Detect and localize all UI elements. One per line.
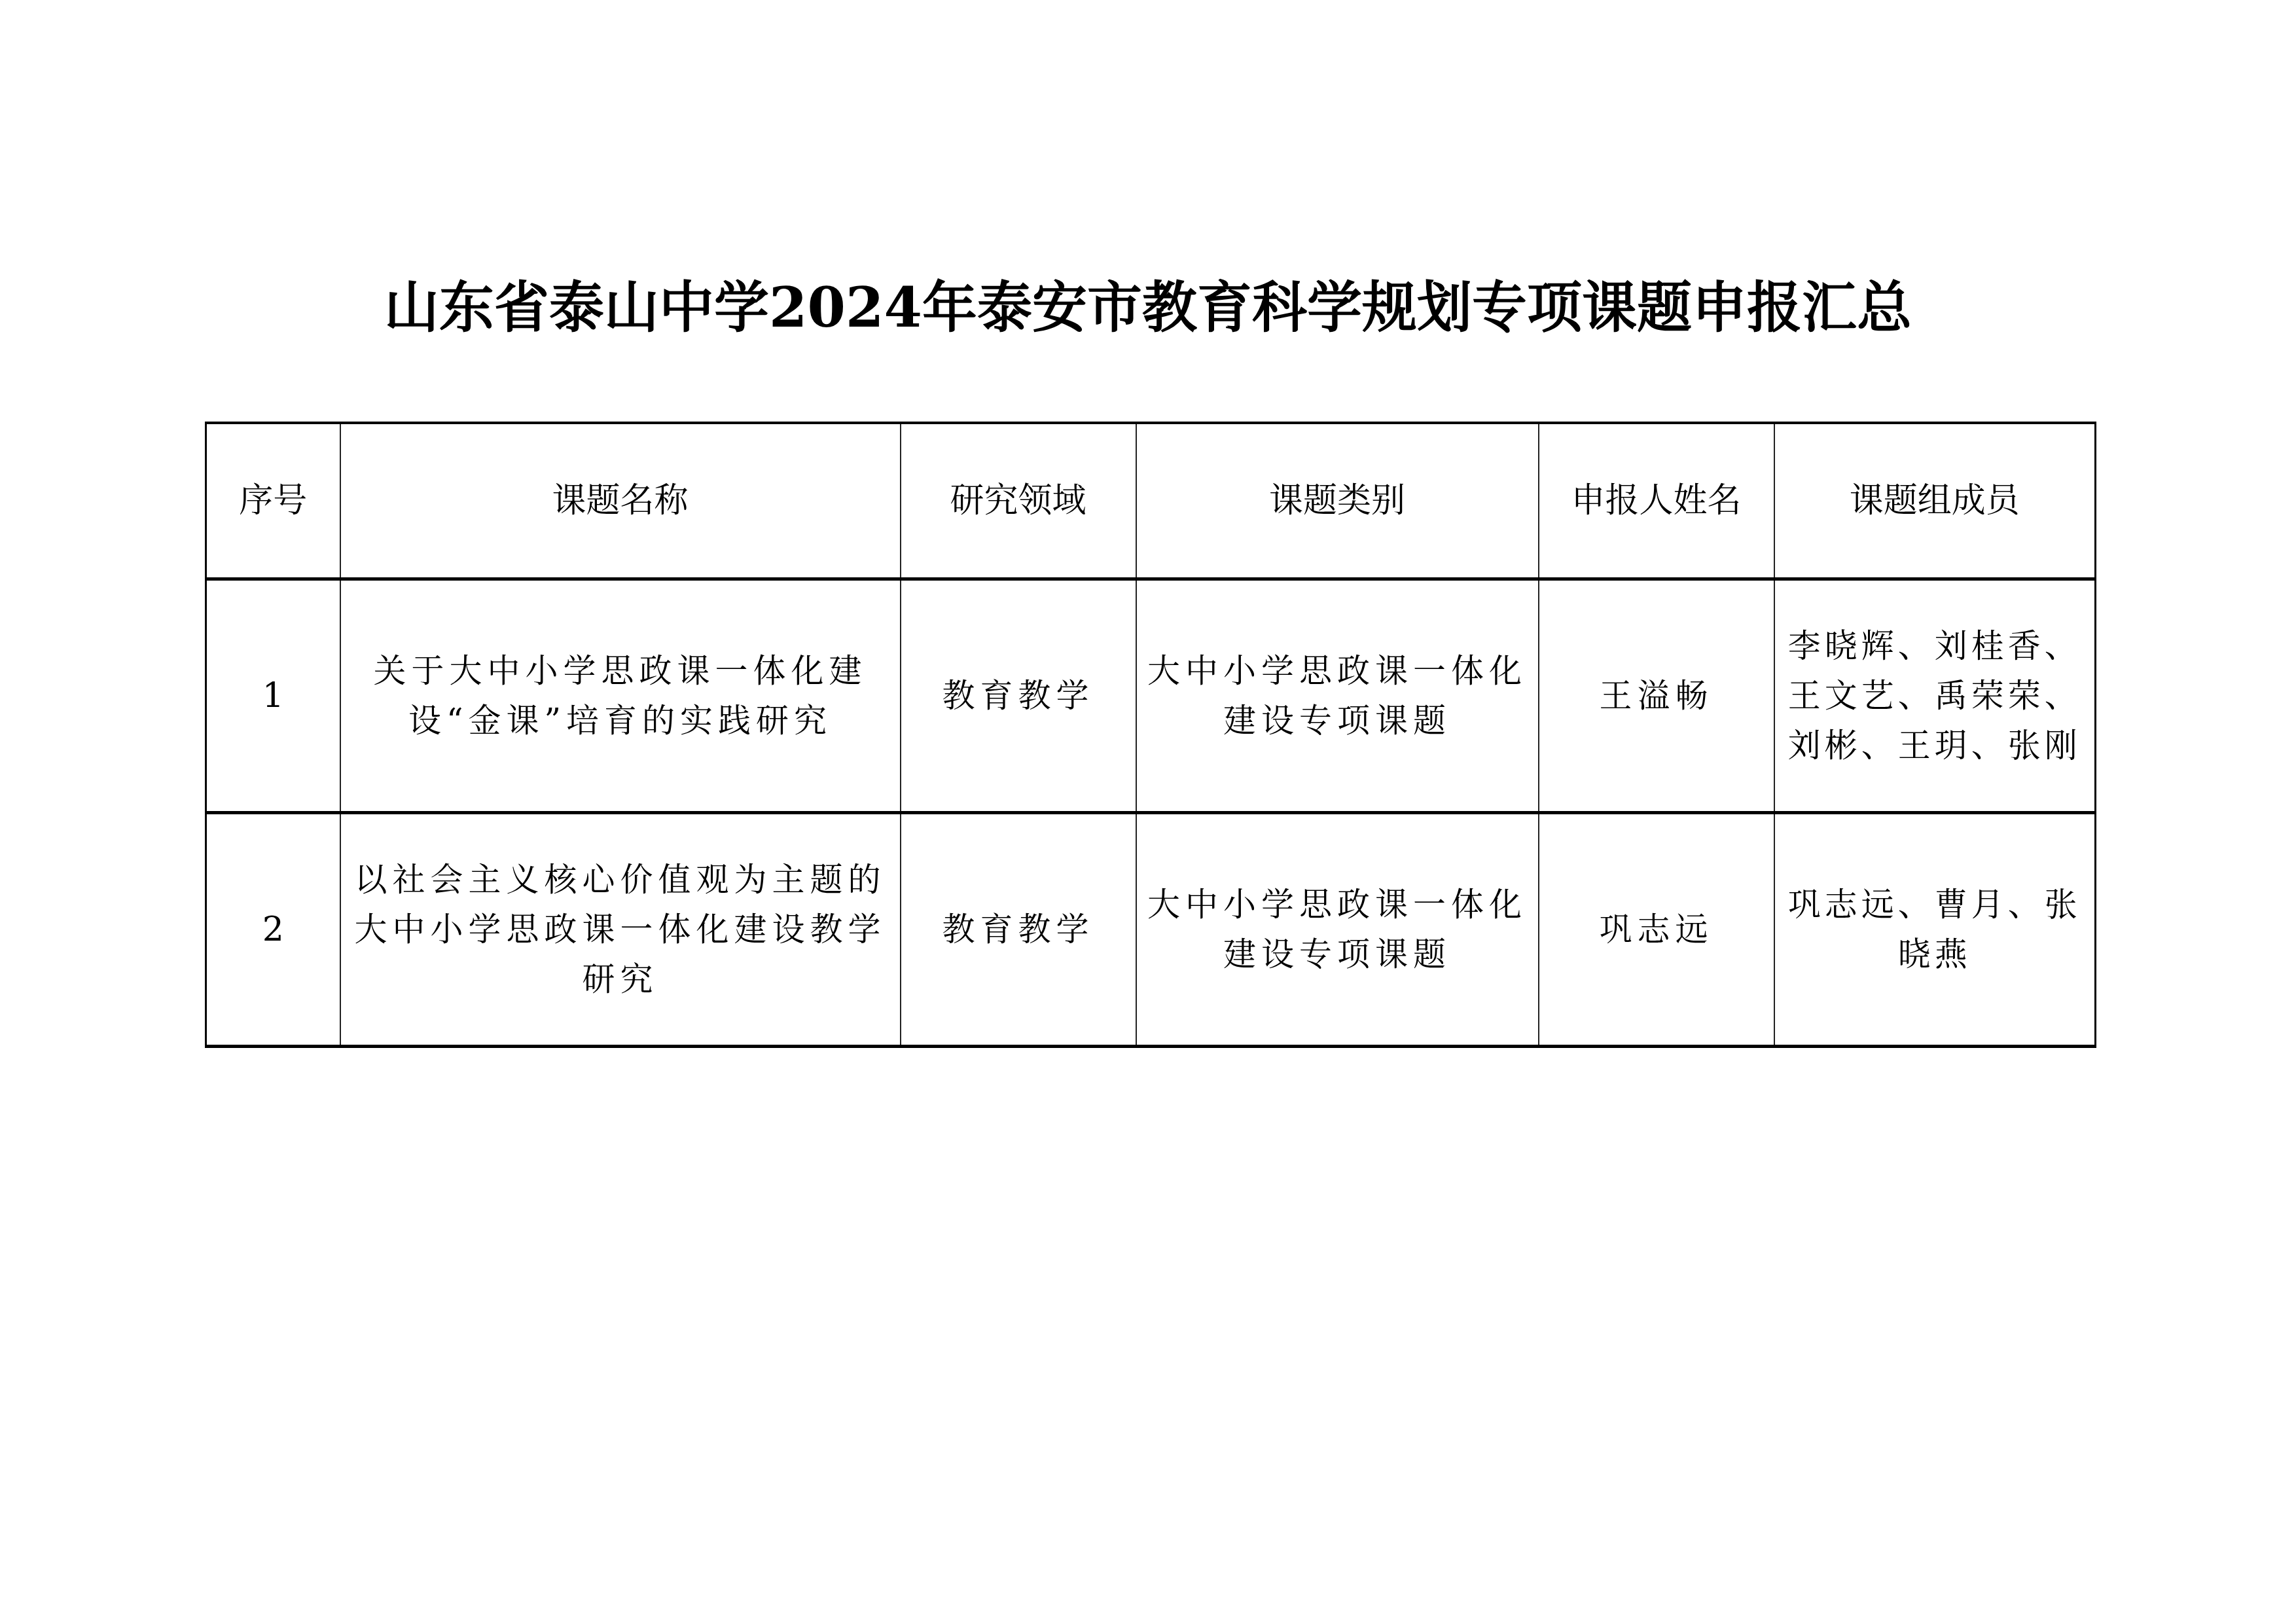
cell-members: 巩志远、曹月、张晓燕 [1774,813,2096,1047]
header-category: 课题类别 [1136,423,1539,579]
cell-field: 教育教学 [901,579,1136,813]
header-applicant: 申报人姓名 [1539,423,1774,579]
cell-applicant: 王溢畅 [1539,579,1774,813]
cell-seq: 2 [206,813,340,1047]
cell-seq: 1 [206,579,340,813]
cell-field: 教育教学 [901,813,1136,1047]
cell-topic: 以社会主义核心价值观为主题的大中小学思政课一体化建设教学研究 [340,813,901,1047]
cell-topic: 关于大中小学思政课一体化建设“金课”培育的实践研究 [340,579,901,813]
cell-category: 大中小学思政课一体化建设专项课题 [1136,579,1539,813]
topic-summary-table: 序号 课题名称 研究领域 课题类别 申报人姓名 课题组成员 1 关于大中小学思政… [205,422,2096,1048]
header-seq: 序号 [206,423,340,579]
page-title: 山东省泰山中学2024年泰安市教育科学规划专项课题申报汇总 [0,272,2296,344]
header-field: 研究领域 [901,423,1136,579]
table-header-row: 序号 课题名称 研究领域 课题类别 申报人姓名 课题组成员 [206,423,2096,579]
header-members: 课题组成员 [1774,423,2096,579]
table-row: 2 以社会主义核心价值观为主题的大中小学思政课一体化建设教学研究 教育教学 大中… [206,813,2096,1047]
table-row: 1 关于大中小学思政课一体化建设“金课”培育的实践研究 教育教学 大中小学思政课… [206,579,2096,813]
cell-members: 李晓辉、刘桂香、王文艺、禹荣荣、刘彬、王玥、张刚 [1774,579,2096,813]
header-topic: 课题名称 [340,423,901,579]
cell-category: 大中小学思政课一体化建设专项课题 [1136,813,1539,1047]
cell-applicant: 巩志远 [1539,813,1774,1047]
